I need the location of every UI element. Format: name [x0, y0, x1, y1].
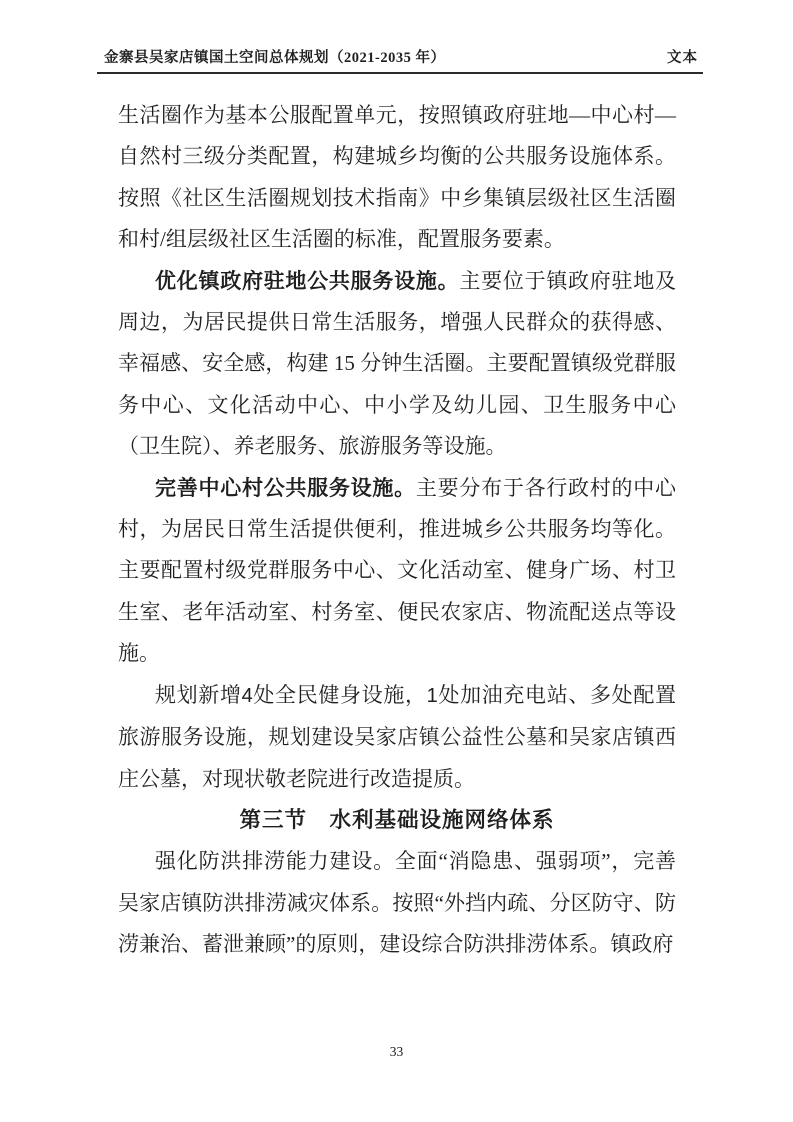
paragraph-4-num2: 1: [427, 685, 438, 707]
paragraph-2-lead: 优化镇政府驻地公共服务设施。: [155, 269, 459, 293]
paragraph-3: 完善中心村公共服务设施。主要分布于各行政村的中心村，为居民日常生活提供便利，推进…: [118, 468, 676, 675]
paragraph-3-lead: 完善中心村公共服务设施。: [155, 476, 416, 500]
paragraph-4-seg1: 规划新增: [155, 683, 242, 707]
document-page: 金寨县吴家店镇国土空间总体规划（2021-2035 年） 文本 生活圈作为基本公…: [0, 0, 793, 1122]
section-heading: 第三节 水利基础设施网络体系: [118, 800, 676, 841]
paragraph-4-seg2: 处全民健身设施，: [253, 683, 427, 707]
paragraph-4-num1: 4: [242, 685, 253, 707]
paragraph-2: 优化镇政府驻地公共服务设施。主要位于镇政府驻地及周边，为居民提供日常生活服务，增…: [118, 261, 676, 468]
paragraph-4: 规划新增4处全民健身设施，1处加油充电站、多处配置旅游服务设施，规划建设吴家店镇…: [118, 675, 676, 800]
header-title: 金寨县吴家店镇国土空间总体规划（2021-2035 年）: [97, 50, 445, 67]
page-number: 33: [0, 1044, 793, 1060]
header-doc-type: 文本: [667, 50, 703, 67]
paragraph-1: 生活圈作为基本公服配置单元，按照镇政府驻地—中心村—自然村三级分类配置，构建城乡…: [118, 95, 676, 261]
paragraph-2-text: 主要位于镇政府驻地及周边，为居民提供日常生活服务，增强人民群众的获得感、幸福感、…: [118, 269, 676, 459]
page-header: 金寨县吴家店镇国土空间总体规划（2021-2035 年） 文本: [97, 50, 703, 74]
paragraph-3-text: 主要分布于各行政村的中心村，为居民日常生活提供便利，推进城乡公共服务均等化。主要…: [118, 476, 676, 666]
paragraph-5: 强化防洪排涝能力建设。全面“消隐患、强弱项”，完善吴家店镇防洪排涝减灾体系。按照…: [118, 841, 676, 965]
paragraph-1-text: 生活圈作为基本公服配置单元，按照镇政府驻地—中心村—自然村三级分类配置，构建城乡…: [118, 103, 676, 251]
paragraph-5-text: 强化防洪排涝能力建设。全面“消隐患、强弱项”，完善吴家店镇防洪排涝减灾体系。按照…: [118, 849, 676, 956]
document-body: 生活圈作为基本公服配置单元，按照镇政府驻地—中心村—自然村三级分类配置，构建城乡…: [118, 95, 676, 966]
